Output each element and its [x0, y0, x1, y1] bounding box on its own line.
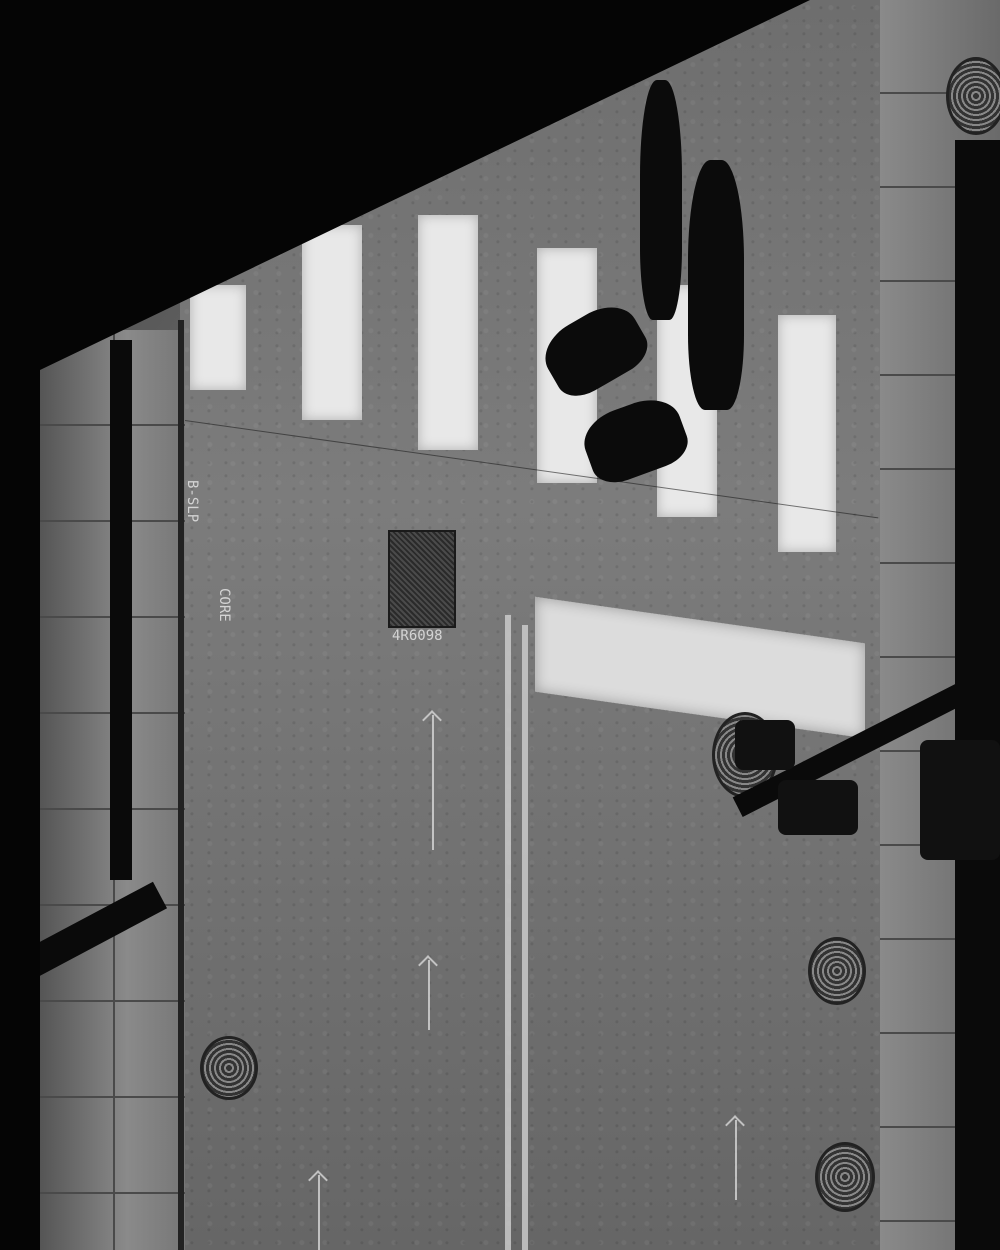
manhole — [815, 1142, 875, 1212]
street-photo: 4R6098 B-SLP CORE — [0, 0, 1000, 1250]
left-curb — [178, 320, 184, 1250]
manhole — [808, 937, 866, 1005]
chalk-mark-bottom: CORE — [216, 588, 232, 622]
chalk-arrow — [735, 1120, 737, 1200]
traffic-signal-shadow — [735, 720, 795, 770]
chalk-arrow — [428, 960, 430, 1030]
traffic-signal-shadow — [778, 780, 858, 835]
manhole — [200, 1036, 258, 1100]
pedestrian-shadow — [640, 80, 682, 320]
lane-line — [522, 625, 528, 1250]
crosswalk-stripe — [302, 225, 362, 420]
pole-shadow — [955, 140, 1000, 1250]
pole-shadow — [110, 340, 132, 880]
crosswalk-stripe — [418, 215, 478, 450]
crosswalk-stripe — [778, 315, 836, 552]
storm-grate — [388, 530, 456, 628]
chalk-arrow — [432, 715, 434, 850]
traffic-signal-shadow — [920, 740, 1000, 860]
crosswalk-stripe — [190, 285, 246, 390]
pedestrian-shadow — [688, 160, 744, 410]
lane-line — [505, 615, 511, 1250]
manhole — [946, 57, 1000, 135]
grate-code-chalk: 4R6098 — [392, 628, 443, 644]
chalk-arrow — [318, 1175, 320, 1250]
chalk-mark-top: B-SLP — [184, 480, 200, 522]
